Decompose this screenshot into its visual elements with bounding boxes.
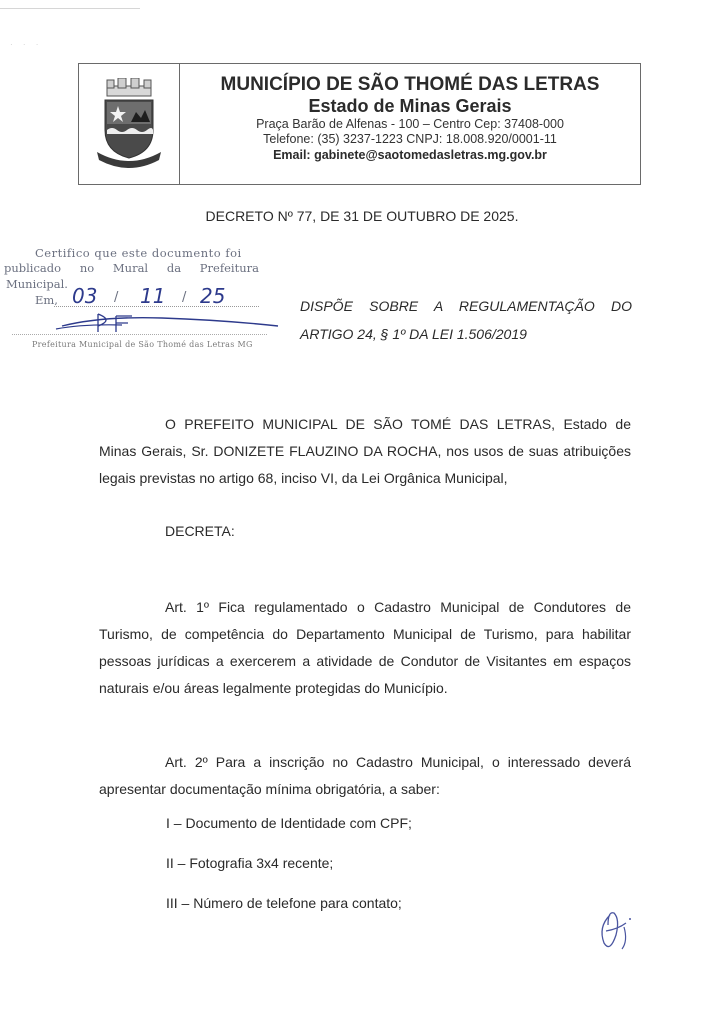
state-name: Estado de Minas Gerais — [180, 96, 640, 117]
stamp-word: publicado — [4, 261, 61, 275]
stamp-line-2: publicado no Mural da Prefeitura — [4, 261, 259, 275]
phone-cnpj: Telefone: (35) 3237-1223 CNPJ: 18.008.92… — [180, 132, 640, 147]
article-2: Art. 2º Para a inscrição no Cadastro Mun… — [99, 749, 631, 803]
ementa-line-2: ARTIGO 24, § 1º DA LEI 1.506/2019 — [300, 326, 527, 342]
municipality-name: MUNICÍPIO DE SÃO THOMÉ DAS LETRAS — [180, 74, 640, 96]
ementa-line-1: DISPÕE SOBRE A REGULAMENTAÇÃO DO — [300, 292, 632, 320]
list-item: III – Número de telefone para contato; — [166, 895, 402, 911]
stamp-word: da — [167, 261, 181, 275]
stamp-word: Prefeitura — [200, 261, 259, 275]
letterhead: MUNICÍPIO DE SÃO THOMÉ DAS LETRAS Estado… — [78, 63, 641, 185]
stamp-line-3: Municipal. — [6, 277, 68, 291]
stamp-word: no — [80, 261, 94, 275]
publication-stamp: Certifico que este documento foi publica… — [2, 246, 270, 356]
email: Email: gabinete@saotomedasletras.mg.gov.… — [180, 147, 640, 163]
coat-of-arms-icon — [93, 78, 165, 170]
address: Praça Barão de Alfenas - 100 – Centro Ce… — [180, 117, 640, 132]
preamble-text: O PREFEITO MUNICIPAL DE SÃO TOMÉ DAS LET… — [99, 416, 631, 486]
list-item: II – Fotografia 3x4 recente; — [166, 855, 333, 871]
letterhead-text: MUNICÍPIO DE SÃO THOMÉ DAS LETRAS Estado… — [180, 64, 640, 184]
stamp-footer: Prefeitura Municipal de São Thomé das Le… — [32, 340, 253, 349]
list-item: I – Documento de Identidade com CPF; — [166, 815, 412, 831]
scan-specks: · · · — [10, 40, 42, 49]
stamp-line-1: Certifico que este documento foi — [35, 246, 242, 260]
article-1-text: Art. 1º Fica regulamentado o Cadastro Mu… — [99, 599, 631, 696]
signature-initials-icon — [42, 312, 282, 336]
article-2-text: Art. 2º Para a inscrição no Cadastro Mun… — [99, 754, 631, 797]
stamp-month: 11 — [140, 284, 165, 308]
stamp-year: 25 — [200, 284, 225, 308]
scan-artifact-line — [0, 8, 140, 9]
ementa: DISPÕE SOBRE A REGULAMENTAÇÃO DO ARTIGO … — [300, 292, 632, 348]
stamp-em-label: Em, — [35, 293, 58, 307]
decree-title: DECRETO Nº 77, DE 31 DE OUTUBRO DE 2025. — [0, 208, 718, 224]
stamp-word: Mural — [113, 261, 148, 275]
stamp-day: 03 — [72, 284, 97, 308]
article-1: Art. 1º Fica regulamentado o Cadastro Mu… — [99, 594, 631, 702]
preamble-paragraph: O PREFEITO MUNICIPAL DE SÃO TOMÉ DAS LET… — [99, 411, 631, 492]
logo-cell — [79, 64, 180, 184]
decreta-heading: DECRETA: — [165, 523, 235, 539]
decree-title-text: DECRETO Nº 77, DE 31 DE OUTUBRO DE 2025. — [206, 208, 519, 224]
rubric-signature-icon — [596, 905, 656, 955]
stamp-footer-line — [12, 334, 267, 335]
